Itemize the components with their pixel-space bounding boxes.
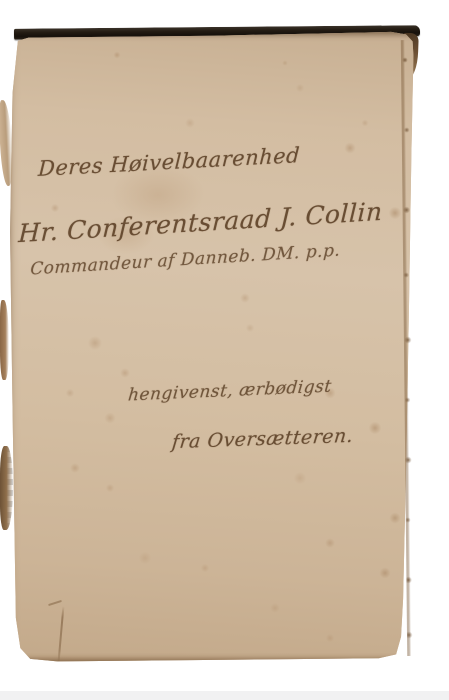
spine-paper-fragment	[0, 300, 9, 380]
inscription-line-3: Commandeur af Danneb. DM. p.p.	[30, 240, 341, 279]
inscription-line-1: Deres Høivelbaarenhed	[38, 143, 301, 181]
spine-paper-fragment	[0, 446, 13, 530]
inscription-line-5: fra Oversætteren.	[171, 425, 355, 453]
book-photo: Deres Høivelbaarenhed Hr. Conferentsraad…	[0, 0, 449, 700]
inscription-line-4: hengivenst, ærbødigst	[127, 377, 332, 406]
photo-bottom-strip	[0, 691, 449, 700]
page-crease-hook	[48, 600, 62, 606]
page-crease	[58, 606, 65, 662]
flyleaf-page: Deres Høivelbaarenhed Hr. Conferentsraad…	[8, 30, 420, 662]
